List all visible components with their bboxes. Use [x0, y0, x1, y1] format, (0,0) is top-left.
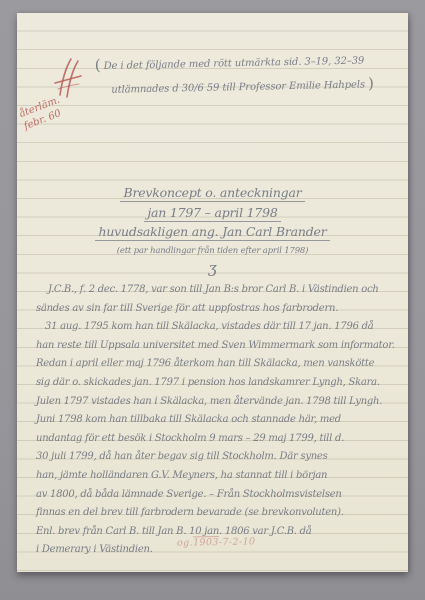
body-line: J.C.B., f. 2 dec. 1778, var son till Jan…: [36, 281, 404, 300]
manuscript-paper: återläm. febr. 60 ( De i det följande me…: [17, 13, 408, 572]
loan-note-line2: utlämnades d 30/6 59 till Professor Emil…: [89, 74, 399, 98]
body-line: 30 juli 1799, då han åter begav sig till…: [36, 448, 404, 467]
loan-note-line1: ( De i det följande med rött utmärkta si…: [89, 50, 399, 74]
body-line: Redan i april eller maj 1796 återkom han…: [36, 355, 404, 374]
title-line-3: huvudsakligen ang. Jan Carl Brander: [17, 224, 408, 241]
title-line-1: Brevkoncept o. anteckningar: [17, 185, 408, 202]
body-line: han, jämte holländaren G.V. Meyners, ha …: [36, 467, 404, 486]
body-line: finnas en del brev till farbrodern bevar…: [36, 504, 404, 523]
body-line: han reste till Uppsala universitet med S…: [36, 337, 404, 356]
body-line: av 1800, då båda lämnade Sverige. – Från…: [36, 486, 404, 505]
body-line: 31 aug. 1795 kom han till Skälacka, vist…: [36, 318, 404, 337]
divider-squiggle: ʒ: [17, 259, 408, 277]
body-line: undantag för ett besök i Stockholm 9 mar…: [36, 430, 404, 449]
body-paragraph: J.C.B., f. 2 dec. 1778, var son till Jan…: [36, 281, 404, 560]
photo-background: återläm. febr. 60 ( De i det följande me…: [0, 0, 425, 600]
open-paren: (: [95, 56, 101, 74]
body-line: Julen 1797 vistades han i Skälacka, men …: [36, 393, 404, 412]
body-line: sändes av sin far till Sverige för att u…: [36, 300, 404, 319]
title-subnote: (ett par handlingar från tiden efter apr…: [17, 246, 408, 256]
loan-note: ( De i det följande med rött utmärkta si…: [89, 50, 400, 98]
title-line-2: jan 1797 – april 1798: [17, 205, 408, 222]
body-line: sig där o. skickades jan. 1797 i pension…: [36, 374, 404, 393]
body-line: Juni 1798 kom han tillbaka till Skälacka…: [36, 411, 404, 430]
accession-number: og.1903-7-2-10: [177, 536, 256, 548]
close-paren: ): [368, 74, 374, 92]
